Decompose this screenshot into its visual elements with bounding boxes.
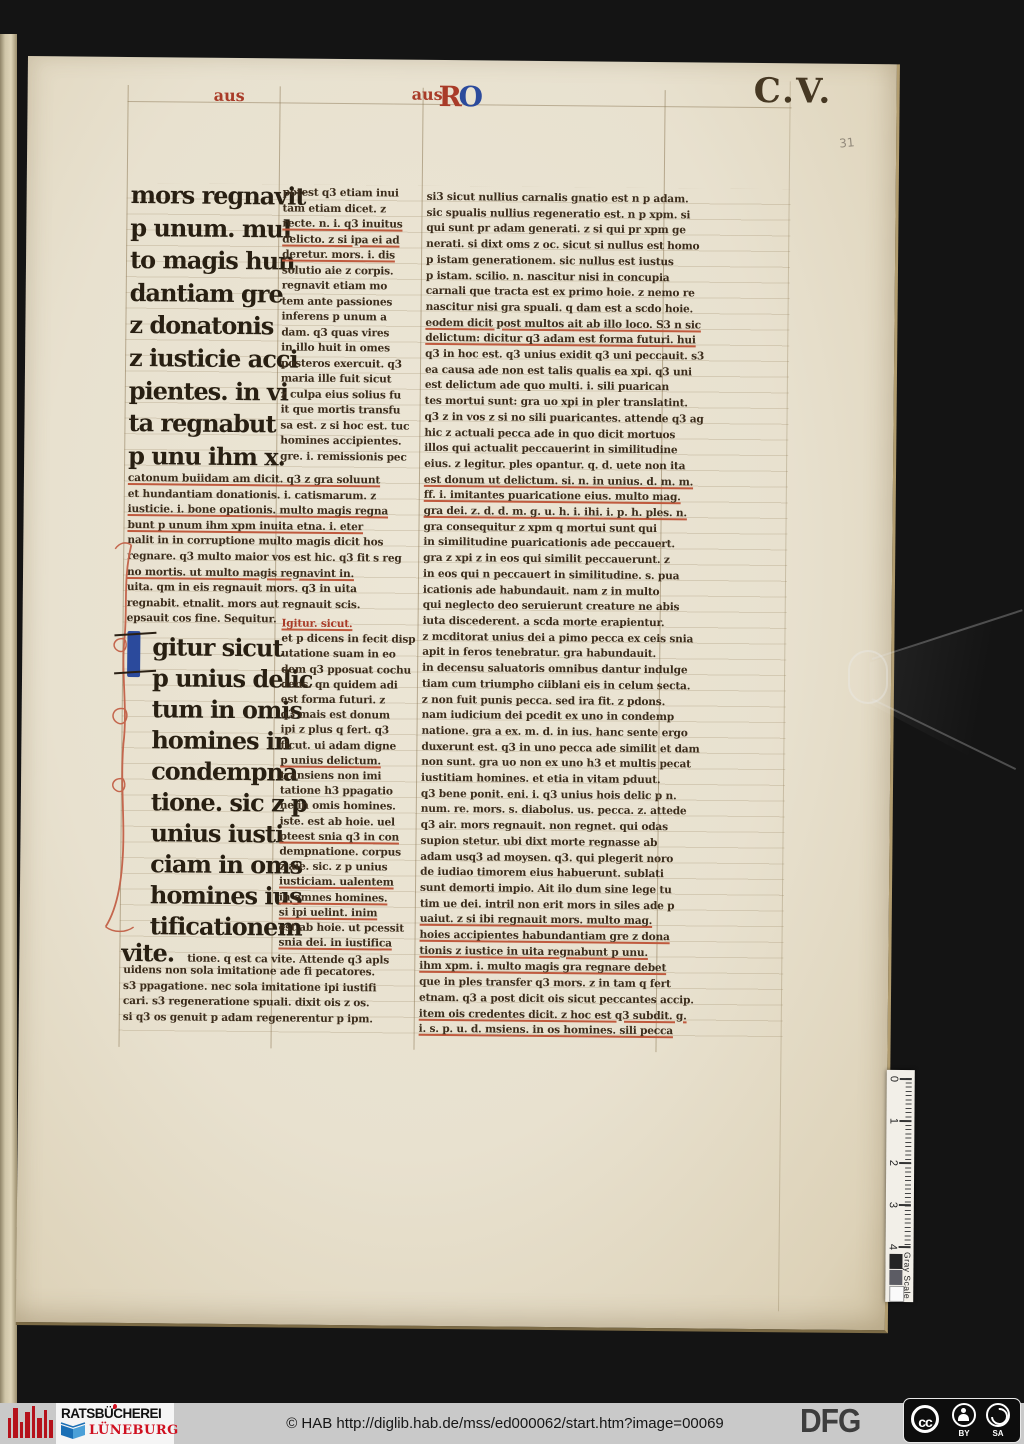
ratsbuecherei-bars-logo <box>8 1408 52 1440</box>
flame-dot-icon <box>113 1404 117 1409</box>
manuscript-text-line: dem q3 pposuat cochu <box>281 662 415 678</box>
library-name-line1: RATSBÜCHEREI <box>61 1406 161 1421</box>
manuscript-text-line: potest q3 etiam inui <box>283 185 412 202</box>
manuscript-text-line: i. s. p. u. d. msiens. in os homines. si… <box>419 1022 698 1040</box>
manuscript-text-line: tam etiam dicet. z <box>282 201 411 218</box>
pencil-foliation: 31 <box>839 135 856 150</box>
manuscript-text-line: ficut. ui adam digne <box>280 738 414 754</box>
manuscript-text-line: et p dicens in fecit disp <box>281 632 415 648</box>
manuscript-text-line: posteros exercuit. q3 <box>281 356 410 373</box>
ruler-major-tick <box>900 1078 912 1080</box>
manuscript-text-line: p unius delictum. <box>280 753 414 769</box>
lemma-block-1: mors regnavitp unum. multo magis hundant… <box>128 179 306 474</box>
gloss-wide-band-1: catonum buiidam am dicit. q3 z gra soluu… <box>127 471 403 630</box>
manuscript-text-line: cari. s3 regeneratione spuali. dixit ois… <box>123 994 376 1012</box>
grayscale-label: Gray Scale <box>902 1252 912 1299</box>
manuscript-text-line: regnavit etiam mo <box>282 278 411 295</box>
gloss-column2-lower: Igitur. sicut.et p dicens in fecit dispu… <box>278 616 415 952</box>
manuscript-text-line: solutio aie z corpis. <box>282 263 411 280</box>
manuscript-text-line: est ab hoie. ut pcessit <box>279 921 413 937</box>
manuscript-text-line: in illo huit in omes <box>281 340 410 357</box>
manuscript-text-line: tatione h3 ppagatio <box>280 784 414 800</box>
ruler-major-tick <box>899 1204 911 1206</box>
manuscript-text-line: tem ante passiones <box>282 294 411 311</box>
share-alike-arrow-icon <box>988 1405 1012 1429</box>
manuscript-text-line: it que mortis transfu <box>281 402 410 419</box>
page-stack-edge <box>0 34 17 1418</box>
manuscript-text-line: q3 mais est donum <box>281 708 415 724</box>
strap-tip <box>848 650 888 704</box>
manuscript-text-line: utatione suam in eo <box>281 647 415 663</box>
running-title-O: O <box>458 80 483 113</box>
gray-patch-mid <box>889 1270 902 1285</box>
scale-tick-2: 2 <box>887 1160 899 1172</box>
manuscript-text-line: maria ille fuit sicut <box>281 371 410 388</box>
manuscript-text-line: p unum. mul <box>130 212 305 246</box>
manuscript-text-line: pientes. in vi <box>129 375 304 409</box>
ruler-major-tick <box>899 1120 911 1122</box>
cc-icon: cc <box>911 1405 939 1433</box>
cc-by-label: BY <box>952 1429 976 1438</box>
manuscript-text-line: iusticiam. ualentem <box>279 875 413 891</box>
library-logo: RATSBÜCHEREI LÜNEBURG <box>56 1403 174 1444</box>
manuscript-text-line: inferens p unum a <box>281 309 410 326</box>
scale-tick-3: 3 <box>887 1202 899 1214</box>
manuscript-text-line: dempnatione. corpus <box>279 844 413 860</box>
gloss-wide-band-2: uidens non sola imitatione ade fi pecato… <box>123 963 377 1027</box>
manuscript-text-line: z culpa eius solius fu <box>281 387 410 404</box>
cc-sa-label: SA <box>986 1429 1010 1438</box>
penwork-flourish <box>92 539 140 939</box>
manuscript-text-line: transiens non imi <box>280 768 414 784</box>
footer-bar: RATSBÜCHEREI LÜNEBURG © HAB http://digli… <box>0 1403 1024 1444</box>
manuscript-text-line: ta regnabut <box>128 407 303 441</box>
manuscript-text-line: pteest snia q3 in con <box>279 829 413 845</box>
gloss-column3: si3 sicut nullius carnalis gnatio est n … <box>419 190 706 1041</box>
manuscript-text-line: uidens non sola imitatione ade fi pecato… <box>123 963 376 981</box>
manuscript-text-line: delicto. z si ipa ei ad <box>282 232 411 249</box>
manuscript-text-line: est forma futuri. z <box>281 692 415 708</box>
manuscript-text-line: dam. q3 quas vires <box>281 325 410 342</box>
manuscript-text-line: dens. qn quidem adi <box>281 677 415 693</box>
manuscript-text-line: p unu ihm x. <box>128 440 303 474</box>
manuscript-text-line: si ipi uelint. inim <box>279 905 413 921</box>
cc-license-badge: cc BY SA <box>903 1398 1021 1443</box>
gray-patch-black <box>889 1254 902 1269</box>
manuscript-text-line: in omnes homines. <box>279 890 413 906</box>
scale-tick-1: 1 <box>887 1118 899 1130</box>
photo-stage: aus aus R O C.V. 31 mors regnavitp unum.… <box>0 0 1024 1444</box>
dfg-logo: DFG <box>800 1403 860 1441</box>
gloss-column2-upper: potest q3 etiam inuitam etiam dicet. zre… <box>280 185 411 465</box>
manuscript-text-line: iste. est ab hoie. uel <box>280 814 414 830</box>
manuscript-text-line: homines accipientes. <box>280 433 409 450</box>
manuscript-text-line: z donatonis <box>129 309 304 343</box>
manuscript-text-line: ipi z plus q fert. q3 <box>280 723 414 739</box>
ruler-major-tick <box>899 1162 911 1164</box>
open-book-icon <box>60 1422 86 1440</box>
manuscript-text-line: deretur. mors. i. dis <box>282 247 411 264</box>
manuscript-text-line: si q3 os genuit p adam regenerentur p ip… <box>123 1009 376 1027</box>
grayscale-calibration-strip: 0 1 2 3 4 Gray Scale <box>885 1070 915 1302</box>
manuscript-text-line: to magis hun <box>130 244 305 278</box>
manuscript-text-line: ne in omis homines. <box>280 799 414 815</box>
manuscript-text-line: dantiam gre <box>130 277 305 311</box>
library-name-line2: LÜNEBURG <box>89 1423 179 1438</box>
copyright-url: © HAB http://diglib.hab.de/mss/ed000062/… <box>255 1403 755 1444</box>
manuscript-text-line: mors regnavit <box>131 179 306 213</box>
ruler-major-tick <box>899 1246 911 1248</box>
manuscript-text-line: recte. n. i. q3 inuitus <box>282 216 411 233</box>
person-icon <box>961 1408 966 1413</box>
manuscript-text-line: Igitur. sicut. <box>281 616 415 632</box>
running-title-left: aus <box>214 86 245 105</box>
cc-by-icon <box>952 1403 976 1427</box>
manuscript-text-line: z iusticie acci <box>129 342 304 376</box>
scale-tick-0: 0 <box>888 1076 900 1088</box>
manuscript-text-line: z aie. sic. z p unius <box>279 860 413 876</box>
manuscript-text-line: sa est. z si hoc est. tuc <box>280 418 409 435</box>
manuscript-text-line: gre. i. remissionis pec <box>280 449 409 466</box>
cc-sa-icon <box>986 1403 1010 1427</box>
manuscript-page: aus aus R O C.V. 31 mors regnavitp unum.… <box>16 56 900 1333</box>
folio-label: C.V. <box>754 71 833 112</box>
